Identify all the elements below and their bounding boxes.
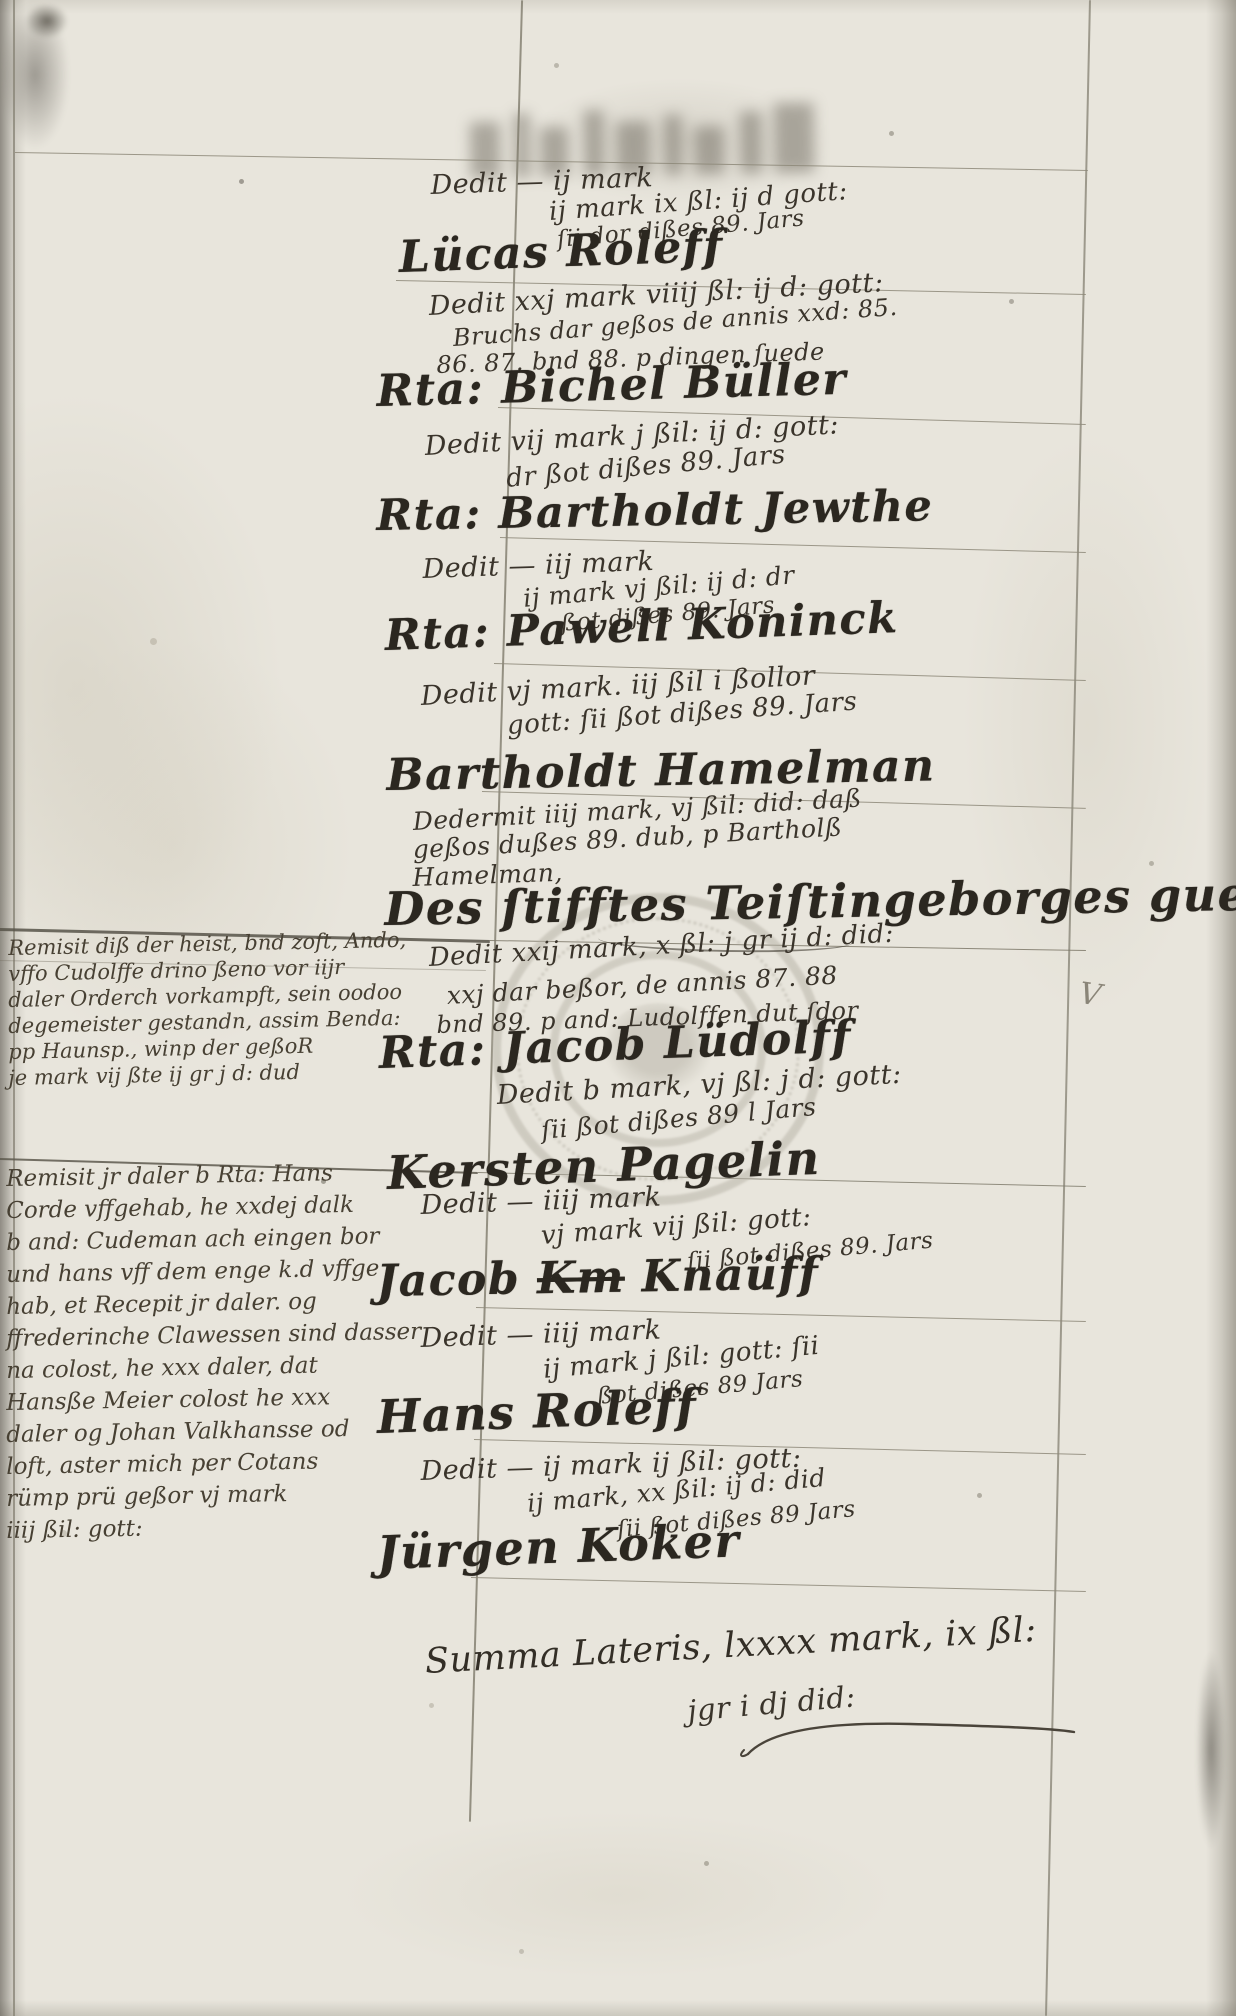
struck-name-part: Km bbox=[537, 1252, 626, 1305]
margin-note-line: rümp prü geßor vj mark bbox=[6, 1481, 288, 1512]
margin-note-line: na colost, he xxx daler, dat bbox=[6, 1353, 318, 1384]
corner-stain bbox=[0, 0, 70, 150]
check-mark: V bbox=[1077, 976, 1103, 1014]
margin-note-line: Hansße Meier colost he xxx bbox=[6, 1384, 330, 1416]
margin-note-line: pp Haunsp., winp der geßoR bbox=[8, 1034, 313, 1064]
paper-speckles bbox=[0, 0, 3, 3]
manuscript-page: Remisit diß der heist, bnd zoft, Ando, v… bbox=[0, 0, 1236, 2016]
summa-flourish bbox=[740, 1716, 1080, 1760]
debtor-name: Rta: Pawell Koninck bbox=[384, 593, 899, 661]
debtor-name: Rta: Bartholdt Jewthe bbox=[376, 481, 934, 541]
margin-note-line: und hans vff dem enge k.d vffge bbox=[6, 1255, 380, 1288]
debtor-name: Jacob Km Knaüff bbox=[376, 1248, 820, 1307]
margin-note-line: Corde vffgehab, he xxdej dalk bbox=[6, 1192, 354, 1224]
name-part: Knaüff bbox=[624, 1248, 819, 1302]
margin-note-line: je mark vij ßte ij gr j d: dud bbox=[8, 1060, 300, 1090]
margin-note-line: daler og Johan Valkhansse od bbox=[6, 1416, 350, 1448]
summa-line: Summa Lateris, lxxxx mark, ix ßl: bbox=[424, 1610, 1038, 1682]
margin-note-line: b and: Cudeman ach eingen bor bbox=[6, 1223, 380, 1256]
debtor-name: Hans Roleff bbox=[376, 1379, 698, 1444]
debtor-name: Rta: Bichel Büller bbox=[376, 354, 848, 417]
margin-note-line: ffrederinche Clawessen sind dasser bbox=[6, 1319, 421, 1352]
ruled-line-horizontal bbox=[471, 1577, 1086, 1592]
debtor-name: Lücas Roleff bbox=[398, 221, 724, 283]
right-edge-blotch bbox=[1196, 1650, 1226, 1850]
debtor-name: Jürgen Koker bbox=[376, 1513, 741, 1580]
margin-note-line: iiij ßil: gott: bbox=[6, 1516, 143, 1544]
margin-note-line: loft, aster mich per Cotans bbox=[6, 1449, 318, 1480]
margin-note-line: Remisit jr daler b Rta: Hans bbox=[6, 1160, 333, 1192]
margin-note-line: hab, et Recepit jr daler. og bbox=[6, 1289, 317, 1320]
name-part: Jacob bbox=[376, 1253, 537, 1307]
